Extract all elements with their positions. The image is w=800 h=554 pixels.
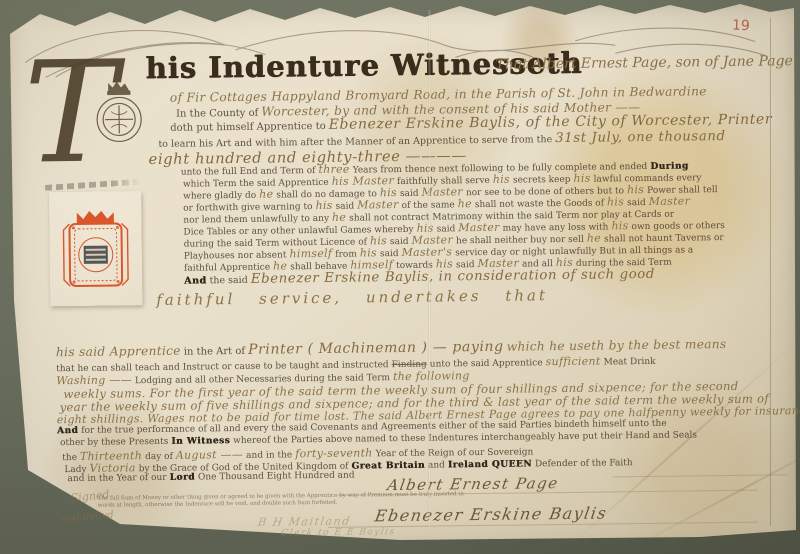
text-run: the said (209, 275, 247, 286)
signature-text: Clerk to E E Baylis (280, 527, 396, 538)
text-run: One Thousand Eight Hundred and (198, 471, 355, 483)
royal-crest-icon (92, 79, 147, 150)
text-run: other by these Presents (60, 437, 168, 448)
text-run: 31st July, one thousand (555, 129, 726, 146)
signature-text: Ebenezer Erskine Baylis (373, 503, 608, 525)
master-signature: Ebenezer Erskine Baylis (375, 503, 611, 525)
text-line: and in the Year of ourLordOne Thousand E… (67, 471, 357, 485)
text-run: unto the said Apprentice (430, 358, 543, 369)
text-run: in the Art of (184, 346, 245, 358)
text-run: Ireland QUEEN (448, 459, 532, 470)
signature-text: B H Maitland (257, 515, 352, 529)
text-run: sufficient (546, 355, 601, 369)
text-run: Washing —— (56, 373, 132, 387)
text-run: and in the Year of our (67, 473, 166, 484)
text-run: Lord (170, 473, 195, 483)
text-run: Great Britain (351, 461, 425, 472)
text-run: Finding (392, 360, 427, 370)
text-run: the following (393, 369, 470, 383)
witness-role: Clerk to E E Baylis (281, 527, 399, 538)
margin-hand-note: and delivd (61, 510, 114, 525)
page-number: 19 (732, 17, 750, 34)
revenue-stamp-icon (59, 207, 132, 298)
text-run: which he useth by the best means (507, 337, 727, 354)
paper-edge-line (770, 18, 771, 526)
text-run: And (184, 275, 207, 286)
document-content: T 19 his Indenture Witnesseth That Alber… (0, 0, 800, 554)
text-run: his said Apprentice (56, 344, 181, 360)
text-run: doth put himself Apprentice to (170, 121, 326, 134)
undertakes-line: and faithful service, undertakes that (95, 286, 548, 310)
text-run: In Witness (171, 436, 230, 447)
fold-crease (428, 10, 431, 534)
text-run: Printer ( Machineman ) — paying (248, 339, 504, 358)
text-run: Defender of the Faith (535, 458, 633, 469)
text-run: And (57, 426, 78, 436)
text-run: Meat Drink (604, 357, 656, 368)
witness-signature: B H Maitland (258, 515, 354, 529)
